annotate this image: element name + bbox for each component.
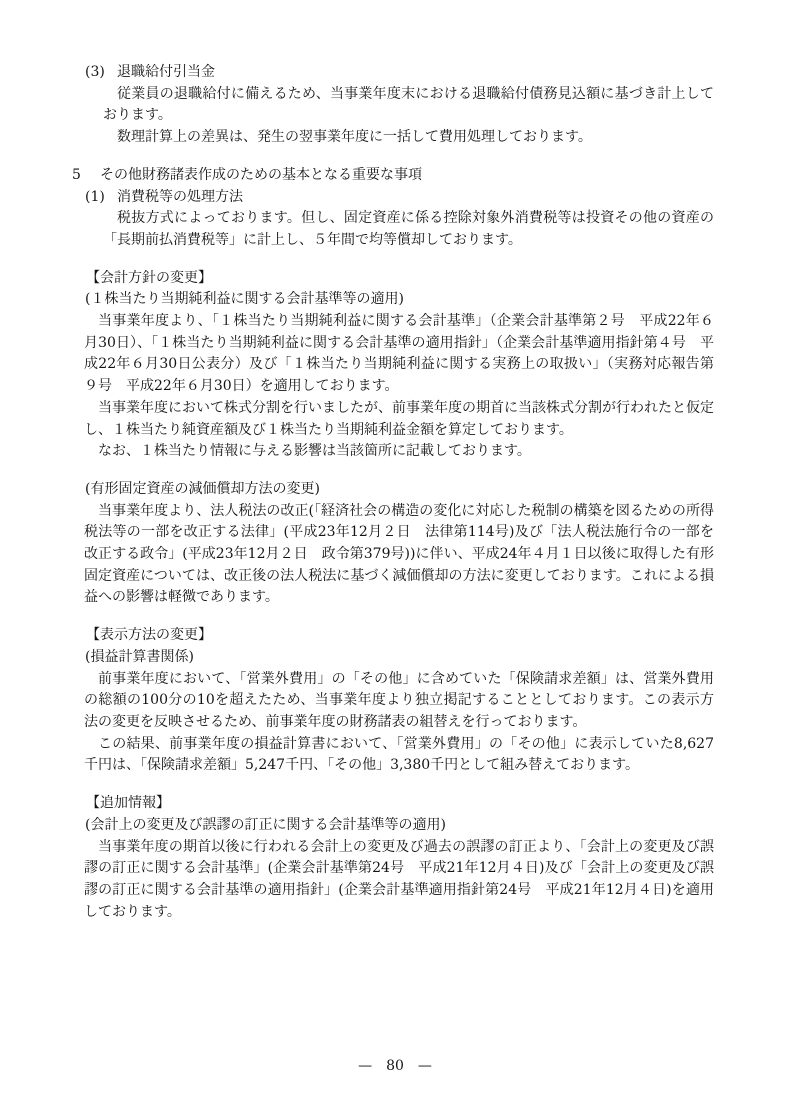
paragraph: 従業員の退職給付に備えるため、当事業年度末における退職給付債務見込額に基づき計上… — [103, 84, 714, 127]
paragraph: この結果、前事業年度の損益計算書において、「営業外費用」の「その他」に表示してい… — [84, 734, 714, 777]
document-page: (3)退職給付引当金 従業員の退職給付に備えるため、当事業年度末における退職給付… — [0, 0, 790, 1118]
item-number-label: (1) — [85, 187, 105, 209]
bracket-heading: 【会計方針の変更】 — [86, 268, 714, 290]
section-retirement-allowance: (3)退職給付引当金 従業員の退職給付に備えるため、当事業年度末における退職給付… — [72, 62, 714, 149]
item-title: 消費税等の処理方法 — [117, 189, 243, 205]
paragraph: 当事業年度の期首以後に行われる会計上の変更及び過去の誤謬の訂正より、「会計上の変… — [84, 837, 714, 924]
paragraph: 数理計算上の差異は、発生の翌事業年度に一括して費用処理しております。 — [103, 127, 714, 149]
bracket-heading: 【追加情報】 — [86, 793, 714, 815]
paragraph: 当事業年度において株式分割を行いましたが、前事業年度の期首に当該株式分割が行われ… — [84, 398, 714, 441]
subsection-title: (有形固定資産の減価償却方法の変更) — [85, 479, 714, 501]
subsection-title: (損益計算書関係) — [85, 647, 714, 669]
section-title: その他財務諸表作成のための基本となる重要な事項 — [100, 167, 422, 183]
section-number: 5 — [72, 165, 100, 187]
section-heading: 5その他財務諸表作成のための基本となる重要な事項 — [72, 165, 714, 187]
section-additional-information: 【追加情報】 (会計上の変更及び誤謬の訂正に関する会計基準等の適用) 当事業年度… — [72, 793, 714, 923]
paragraph: 当事業年度より、法人税法の改正(「経済社会の構造の変化に対応した税制の構築を図る… — [84, 501, 714, 610]
section-presentation-change: 【表示方法の変更】 (損益計算書関係) 前事業年度において、「営業外費用」の「そ… — [72, 625, 714, 777]
paragraph: 当事業年度より、「１株当たり当期純利益に関する会計基準」（企業会計基準第２号 平… — [84, 311, 714, 398]
page-number-text: — 80 — — [358, 1058, 432, 1074]
item-number-label: (3) — [85, 62, 105, 84]
paragraph: 税抜方式によっております。但し、固定資産に係る控除対象外消費税等は投資その他の資… — [103, 208, 714, 251]
item-heading: (3)退職給付引当金 — [85, 62, 714, 84]
paragraph: なお、１株当たり情報に与える影響は当該箇所に記載しております。 — [84, 441, 714, 463]
page-content: (3)退職給付引当金 従業員の退職給付に備えるため、当事業年度末における退職給付… — [72, 62, 714, 923]
item-heading: (1)消費税等の処理方法 — [85, 187, 714, 209]
section-5-other-important-matters: 5その他財務諸表作成のための基本となる重要な事項 (1)消費税等の処理方法 税抜… — [72, 165, 714, 252]
bracket-heading: 【表示方法の変更】 — [86, 625, 714, 647]
subsection-title: (会計上の変更及び誤謬の訂正に関する会計基準等の適用) — [85, 815, 714, 837]
page-number: — 80 — — [0, 1056, 790, 1078]
paragraph: 前事業年度において、「営業外費用」の「その他」に含めていた「保険請求差額」は、営… — [84, 669, 714, 734]
subsection-title: (１株当たり当期純利益に関する会計基準等の適用) — [85, 289, 714, 311]
section-accounting-policy-change: 【会計方針の変更】 (１株当たり当期純利益に関する会計基準等の適用) 当事業年度… — [72, 268, 714, 610]
item-title: 退職給付引当金 — [117, 64, 215, 80]
